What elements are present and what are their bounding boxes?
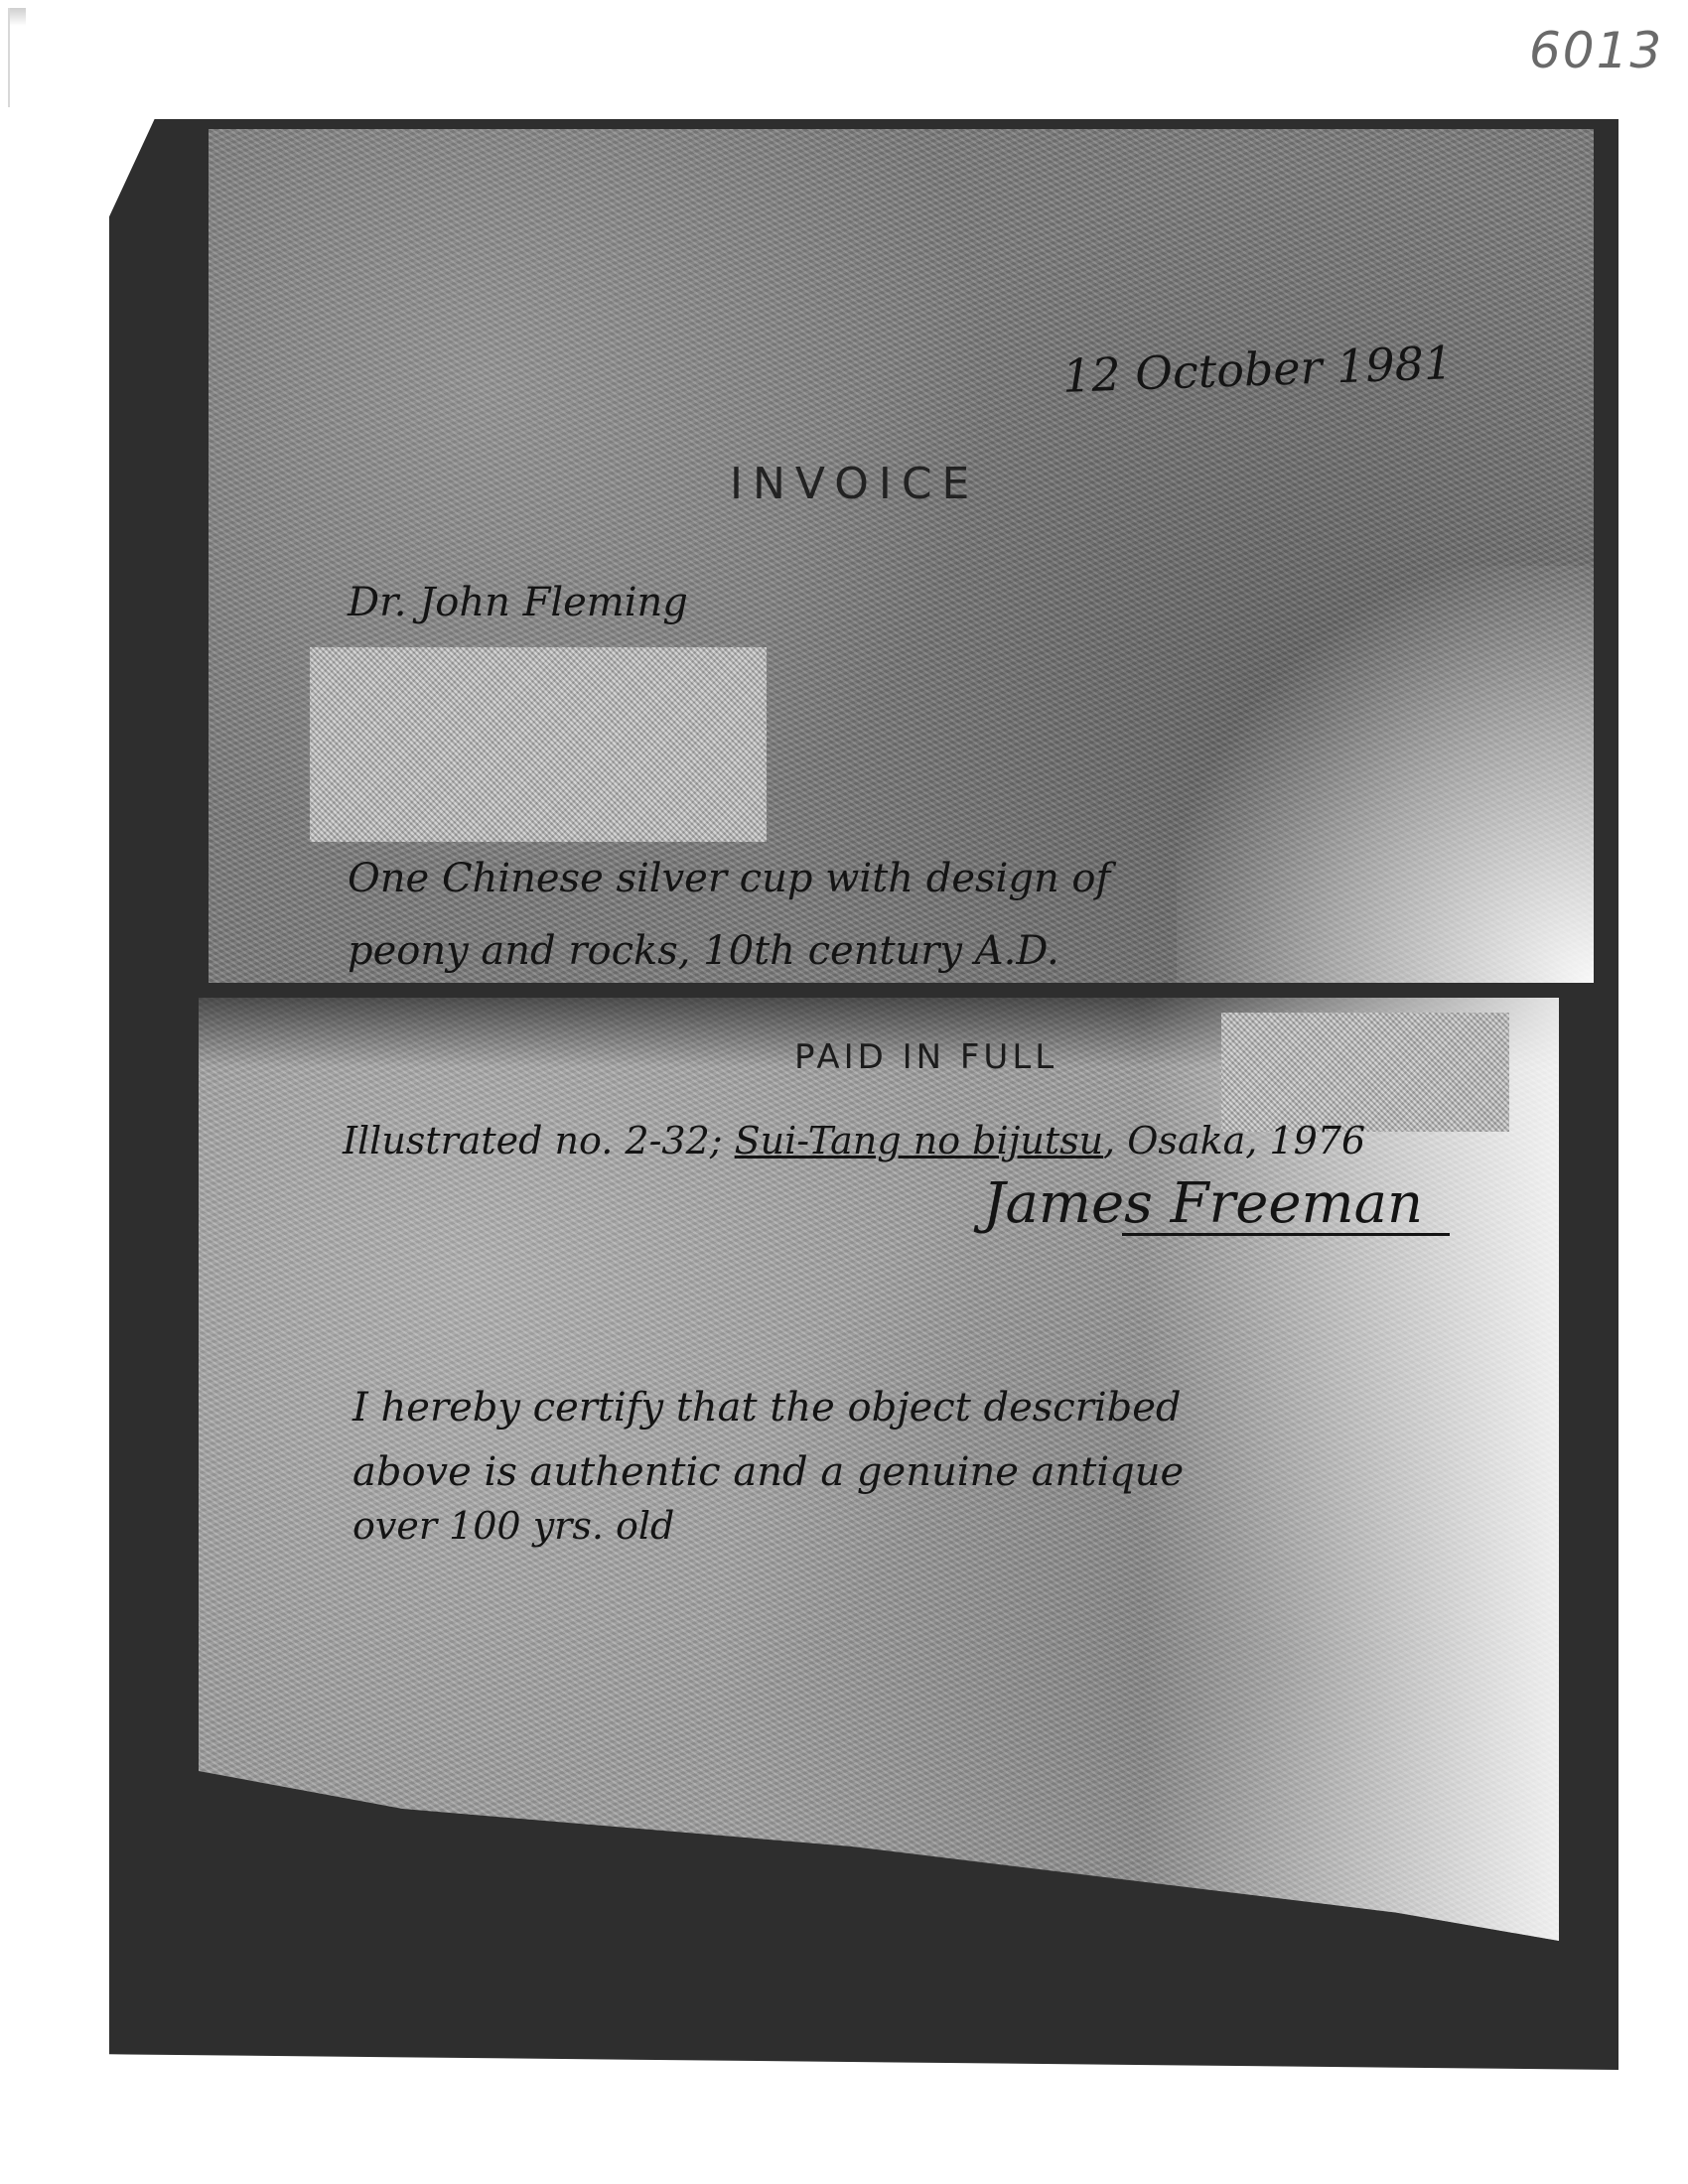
- reference-prefix: Illustrated no. 2-32;: [343, 1119, 735, 1162]
- invoice-sheet-top-half: [209, 129, 1594, 983]
- invoice-recipient: Dr. John Fleming: [348, 580, 688, 625]
- item-description-line-1: One Chinese silver cup with design of: [348, 856, 1110, 901]
- scan-corner-mark: [8, 8, 28, 107]
- certification-line-2: above is authentic and a genuine antique: [352, 1449, 1184, 1495]
- redacted-corner-block: [1221, 1013, 1509, 1132]
- item-description-line-2: peony and rocks, 10th century A.D.: [348, 928, 1059, 974]
- publication-reference: Illustrated no. 2-32; Sui-Tang no bijuts…: [343, 1119, 1365, 1162]
- signature-underline: [1122, 1233, 1450, 1236]
- certification-line-1: I hereby certify that the object describ…: [352, 1385, 1182, 1431]
- reference-title: Sui-Tang no bijutsu: [735, 1119, 1103, 1162]
- certification-line-3: over 100 yrs. old: [352, 1504, 674, 1548]
- redacted-address-block: [310, 647, 767, 842]
- invoice-title: INVOICE: [730, 459, 979, 509]
- page-number: 6013: [1529, 22, 1663, 79]
- paid-in-full-stamp: PAID IN FULL: [794, 1037, 1057, 1077]
- seller-signature: James Freeman: [983, 1171, 1423, 1236]
- reference-suffix: , Osaka, 1976: [1103, 1119, 1365, 1162]
